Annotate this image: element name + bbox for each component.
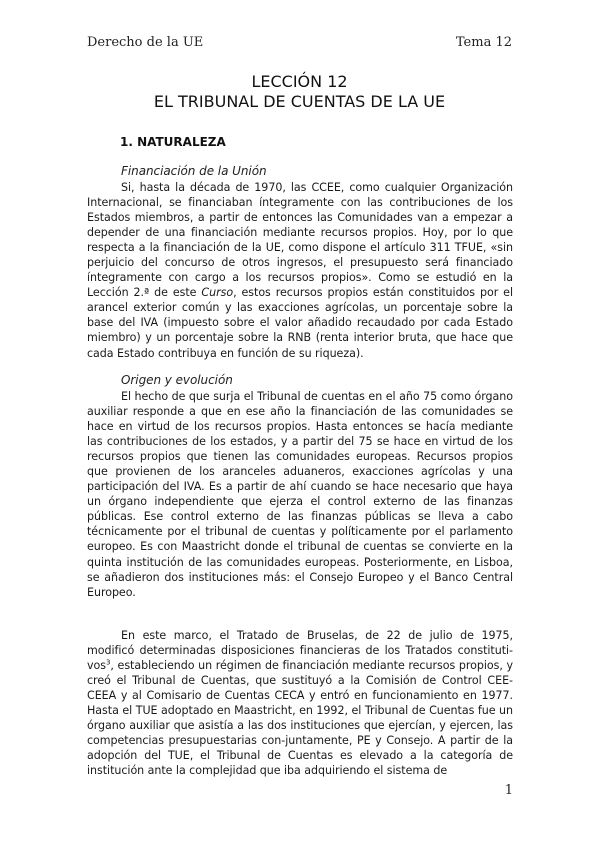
- page-number: 1: [505, 783, 513, 798]
- paragraph-financiacion: Si, hasta la década de 1970, las CCEE, c…: [87, 180, 513, 361]
- paragraph-origen: El hecho de que surja el Tribunal de cue…: [87, 389, 513, 600]
- block-marco: En este marco, el Tratado de Bruselas, d…: [87, 628, 513, 778]
- header-topic-number: Tema 12: [456, 35, 512, 50]
- document-page: Derecho de la UE Tema 12 LECCIÓN 12 EL T…: [0, 0, 599, 848]
- paragraph-text: Si, hasta la década de 1970, las CCEE, c…: [87, 181, 513, 299]
- subheading-origen: Origen y evolución: [121, 372, 513, 389]
- subheading-financiacion: Financiación de la Unión: [121, 163, 513, 180]
- header-course-title: Derecho de la UE: [87, 35, 203, 50]
- lesson-number: LECCIÓN 12: [0, 72, 599, 92]
- block-origen: Origen y evolución El hecho de que surja…: [87, 372, 513, 600]
- running-header: Derecho de la UE Tema 12: [87, 35, 512, 53]
- block-financiacion: Financiación de la Unión Si, hasta la dé…: [87, 163, 513, 361]
- italic-term: Curso: [201, 286, 233, 299]
- section-heading: 1. NATURALEZA: [120, 135, 226, 149]
- paragraph-marco: En este marco, el Tratado de Bruselas, d…: [87, 628, 513, 778]
- lesson-title: LECCIÓN 12 EL TRIBUNAL DE CUENTAS DE LA …: [0, 72, 599, 112]
- paragraph-text: , estableciendo un régimen de financiaci…: [87, 659, 513, 777]
- lesson-name: EL TRIBUNAL DE CUENTAS DE LA UE: [0, 92, 599, 112]
